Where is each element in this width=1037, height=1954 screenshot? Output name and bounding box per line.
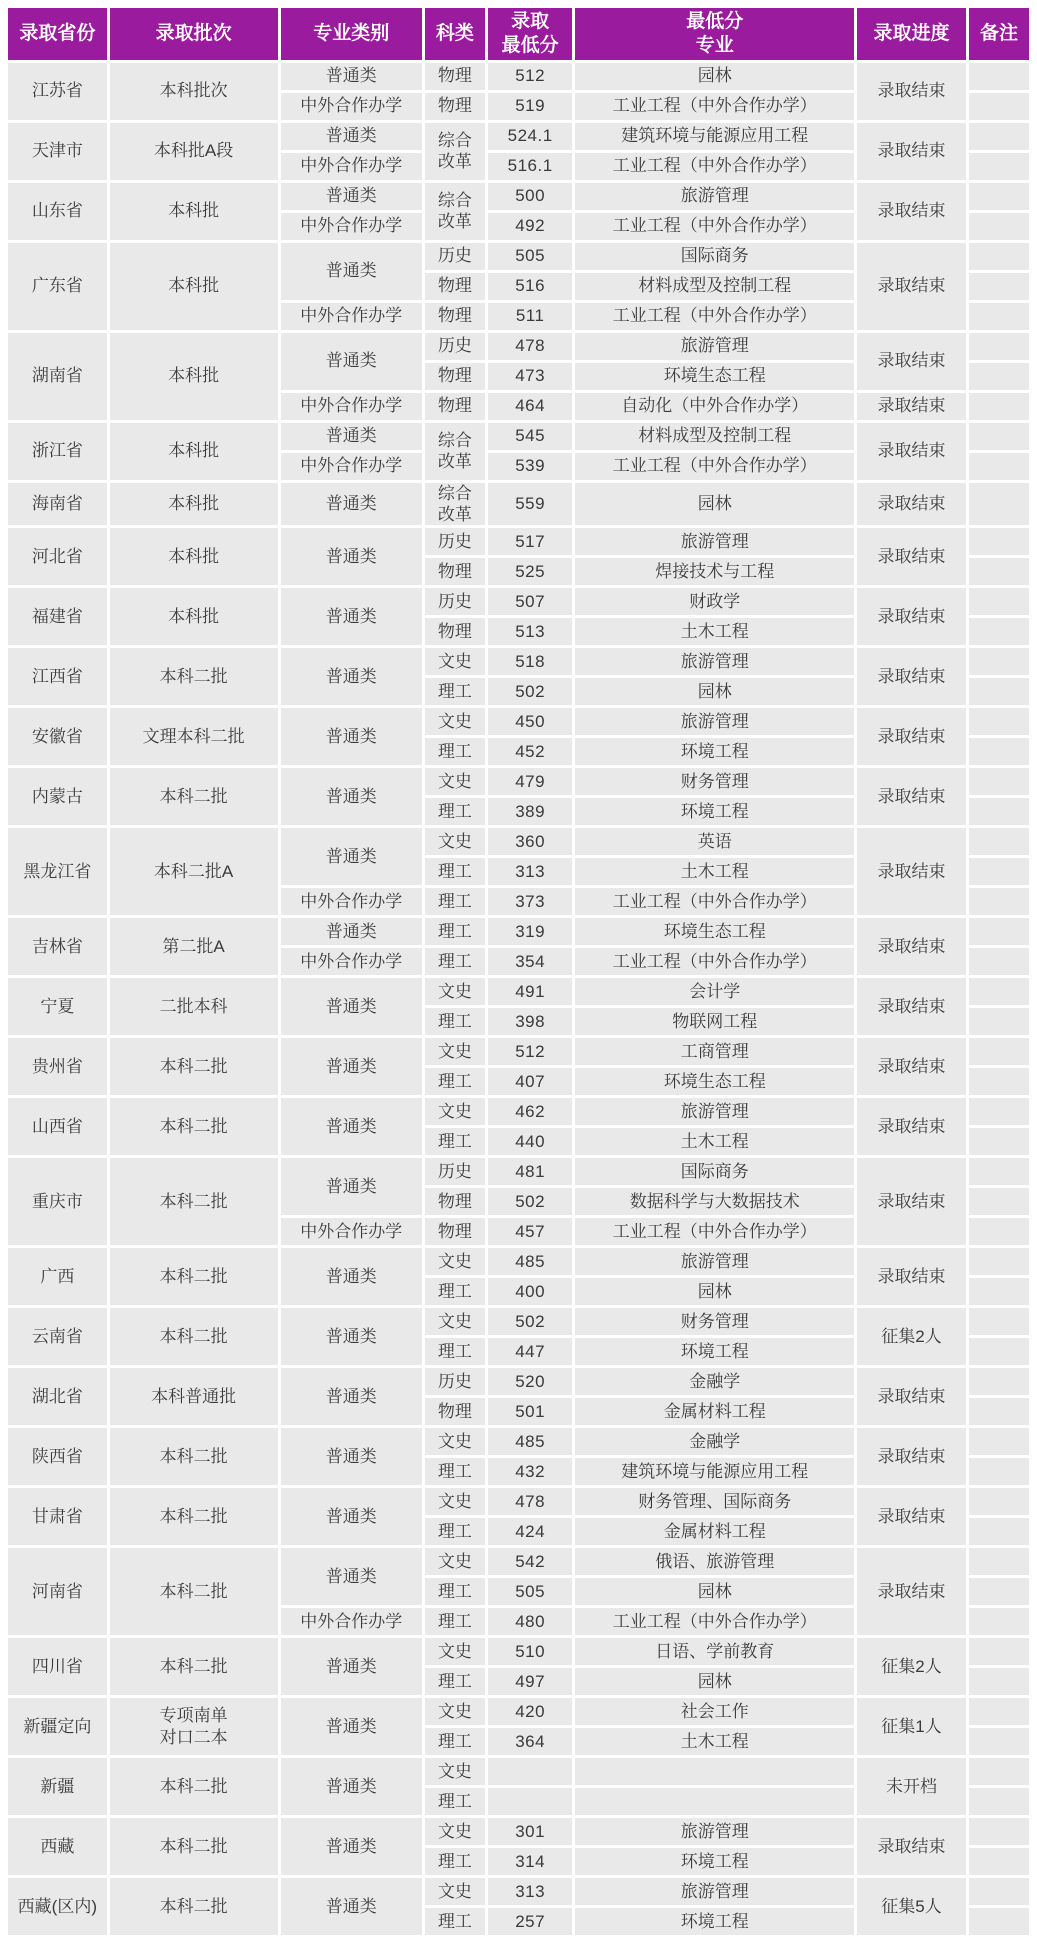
remark-cell (967, 1877, 1030, 1907)
remark-cell (967, 1247, 1030, 1277)
table-row: 西藏(区内)本科二批普通类文史313旅游管理征集5人 (7, 1877, 1031, 1907)
remark-cell (967, 1007, 1030, 1037)
subject-cell: 文史 (423, 1757, 486, 1787)
progress-cell: 录取结束 (856, 647, 968, 707)
score-cell: 364 (486, 1727, 573, 1757)
table-row: 宁夏二批本科普通类文史491会计学录取结束 (7, 977, 1031, 1007)
table-row: 新疆本科二批普通类文史未开档 (7, 1757, 1031, 1787)
remark-cell (967, 361, 1030, 391)
province-cell: 山西省 (7, 1097, 109, 1157)
major-cell: 环境工程 (574, 737, 856, 767)
province-cell: 江西省 (7, 647, 109, 707)
header-min-score: 录取 最低分 (486, 7, 573, 62)
subject-cell: 理工 (423, 947, 486, 977)
header-remark: 备注 (967, 7, 1030, 62)
batch-cell: 第二批A (108, 917, 279, 977)
province-cell: 西藏(区内) (7, 1877, 109, 1937)
header-province: 录取省份 (7, 7, 109, 62)
major-cell: 英语 (574, 827, 856, 857)
province-cell: 安徽省 (7, 707, 109, 767)
score-cell: 481 (486, 1157, 573, 1187)
province-cell: 广东省 (7, 241, 109, 331)
header-category: 专业类别 (279, 7, 423, 62)
subject-cell: 理工 (423, 1847, 486, 1877)
progress-cell: 录取结束 (856, 827, 968, 917)
table-row: 新疆定向专项南单 对口二本普通类文史420社会工作征集1人 (7, 1697, 1031, 1727)
score-cell: 516.1 (486, 151, 573, 181)
batch-cell: 本科二批 (108, 1157, 279, 1247)
batch-cell: 本科二批 (108, 1487, 279, 1547)
major-cell: 工业工程（中外合作办学） (574, 91, 856, 121)
major-cell: 会计学 (574, 977, 856, 1007)
remark-cell (967, 1427, 1030, 1457)
table-row: 河南省本科二批普通类文史542俄语、旅游管理录取结束 (7, 1547, 1031, 1577)
score-cell: 452 (486, 737, 573, 767)
province-cell: 天津市 (7, 121, 109, 181)
province-cell: 陕西省 (7, 1427, 109, 1487)
subject-cell: 历史 (423, 587, 486, 617)
category-cell: 普通类 (279, 767, 423, 827)
score-cell: 505 (486, 1577, 573, 1607)
score-cell: 513 (486, 617, 573, 647)
progress-cell: 录取结束 (856, 1367, 968, 1427)
progress-cell: 录取结束 (856, 1817, 968, 1877)
table-row: 安徽省文理本科二批普通类文史450旅游管理录取结束 (7, 707, 1031, 737)
major-cell: 土木工程 (574, 1727, 856, 1757)
subject-cell: 文史 (423, 1307, 486, 1337)
province-cell: 江苏省 (7, 61, 109, 121)
score-cell: 505 (486, 241, 573, 271)
remark-cell (967, 391, 1030, 421)
major-cell: 数据科学与大数据技术 (574, 1187, 856, 1217)
subject-cell: 理工 (423, 1727, 486, 1757)
province-cell: 四川省 (7, 1637, 109, 1697)
major-cell: 材料成型及控制工程 (574, 271, 856, 301)
remark-cell (967, 1787, 1030, 1817)
batch-cell: 本科批A段 (108, 121, 279, 181)
major-cell: 日语、学前教育 (574, 1637, 856, 1667)
remark-cell (967, 1307, 1030, 1337)
subject-cell: 物理 (423, 391, 486, 421)
subject-cell: 文史 (423, 1247, 486, 1277)
remark-cell (967, 617, 1030, 647)
score-cell: 389 (486, 797, 573, 827)
province-cell: 福建省 (7, 587, 109, 647)
subject-cell: 理工 (423, 737, 486, 767)
batch-cell: 本科批 (108, 181, 279, 241)
batch-cell: 本科二批 (108, 1877, 279, 1937)
major-cell: 材料成型及控制工程 (574, 421, 856, 451)
category-cell: 普通类 (279, 1877, 423, 1937)
score-cell: 511 (486, 301, 573, 331)
remark-cell (967, 707, 1030, 737)
subject-cell: 物理 (423, 61, 486, 91)
progress-cell: 征集2人 (856, 1307, 968, 1367)
major-cell: 工业工程（中外合作办学） (574, 1607, 856, 1637)
province-cell: 湖北省 (7, 1367, 109, 1427)
subject-cell: 物理 (423, 361, 486, 391)
batch-cell: 本科批 (108, 331, 279, 421)
province-cell: 河南省 (7, 1547, 109, 1637)
batch-cell: 本科二批 (108, 647, 279, 707)
remark-cell (967, 211, 1030, 241)
score-cell: 420 (486, 1697, 573, 1727)
major-cell: 旅游管理 (574, 1817, 856, 1847)
subject-cell: 历史 (423, 241, 486, 271)
score-cell: 524.1 (486, 121, 573, 151)
province-cell: 新疆 (7, 1757, 109, 1817)
major-cell: 财务管理、国际商务 (574, 1487, 856, 1517)
progress-cell: 录取结束 (856, 1547, 968, 1637)
category-cell: 普通类 (279, 1817, 423, 1877)
major-cell: 园林 (574, 1667, 856, 1697)
major-cell: 金属材料工程 (574, 1517, 856, 1547)
score-cell: 313 (486, 857, 573, 887)
remark-cell (967, 647, 1030, 677)
batch-cell: 本科批 (108, 587, 279, 647)
score-cell: 440 (486, 1127, 573, 1157)
remark-cell (967, 1517, 1030, 1547)
major-cell: 国际商务 (574, 241, 856, 271)
subject-cell: 历史 (423, 1157, 486, 1187)
table-row: 山东省本科批普通类综合 改革500旅游管理录取结束 (7, 181, 1031, 211)
score-cell: 479 (486, 767, 573, 797)
subject-cell: 物理 (423, 1397, 486, 1427)
category-cell: 中外合作办学 (279, 391, 423, 421)
category-cell: 普通类 (279, 61, 423, 91)
score-cell: 473 (486, 361, 573, 391)
subject-cell: 理工 (423, 1667, 486, 1697)
category-cell: 普通类 (279, 917, 423, 947)
score-cell: 492 (486, 211, 573, 241)
subject-cell: 历史 (423, 331, 486, 361)
province-cell: 河北省 (7, 527, 109, 587)
batch-cell: 本科二批 (108, 1037, 279, 1097)
batch-cell: 本科二批 (108, 767, 279, 827)
category-cell: 中外合作办学 (279, 301, 423, 331)
table-row: 黑龙江省本科二批A普通类文史360英语录取结束 (7, 827, 1031, 857)
major-cell: 环境生态工程 (574, 917, 856, 947)
major-cell: 土木工程 (574, 857, 856, 887)
major-cell: 工业工程（中外合作办学） (574, 211, 856, 241)
table-row: 四川省本科二批普通类文史510日语、学前教育征集2人 (7, 1637, 1031, 1667)
score-cell: 525 (486, 557, 573, 587)
progress-cell: 录取结束 (856, 587, 968, 647)
progress-cell: 录取结束 (856, 1097, 968, 1157)
score-cell: 447 (486, 1337, 573, 1367)
score-cell: 517 (486, 527, 573, 557)
subject-cell: 文史 (423, 1427, 486, 1457)
score-cell: 480 (486, 1607, 573, 1637)
progress-cell: 录取结束 (856, 977, 968, 1037)
header-progress: 录取进度 (856, 7, 968, 62)
category-cell: 中外合作办学 (279, 151, 423, 181)
major-cell: 金属材料工程 (574, 1397, 856, 1427)
table-row: 江西省本科二批普通类文史518旅游管理录取结束 (7, 647, 1031, 677)
category-cell: 普通类 (279, 241, 423, 301)
major-cell: 工业工程（中外合作办学） (574, 887, 856, 917)
major-cell: 园林 (574, 61, 856, 91)
remark-cell (967, 1127, 1030, 1157)
table-row: 河北省本科批普通类历史517旅游管理录取结束 (7, 527, 1031, 557)
category-cell: 普通类 (279, 707, 423, 767)
score-cell: 518 (486, 647, 573, 677)
major-cell: 环境工程 (574, 1907, 856, 1937)
province-cell: 海南省 (7, 481, 109, 527)
score-cell: 301 (486, 1817, 573, 1847)
major-cell: 环境生态工程 (574, 361, 856, 391)
subject-cell: 理工 (423, 1007, 486, 1037)
batch-cell: 本科二批 (108, 1757, 279, 1817)
score-cell: 432 (486, 1457, 573, 1487)
table-row: 浙江省本科批普通类综合 改革545材料成型及控制工程录取结束 (7, 421, 1031, 451)
batch-cell: 本科二批A (108, 827, 279, 917)
remark-cell (967, 1097, 1030, 1127)
table-body: 江苏省本科批次普通类物理512园林录取结束中外合作办学物理519工业工程（中外合… (7, 61, 1031, 1937)
header-batch: 录取批次 (108, 7, 279, 62)
remark-cell (967, 1457, 1030, 1487)
score-cell: 497 (486, 1667, 573, 1697)
remark-cell (967, 1637, 1030, 1667)
major-cell: 园林 (574, 1277, 856, 1307)
remark-cell (967, 151, 1030, 181)
remark-cell (967, 1847, 1030, 1877)
subject-cell: 理工 (423, 797, 486, 827)
subject-cell: 文史 (423, 827, 486, 857)
subject-cell: 综合 改革 (423, 421, 486, 481)
progress-cell: 未开档 (856, 1757, 968, 1817)
progress-cell: 录取结束 (856, 1487, 968, 1547)
score-cell: 512 (486, 61, 573, 91)
table-row: 海南省本科批普通类综合 改革559园林录取结束 (7, 481, 1031, 527)
table-row: 陕西省本科二批普通类文史485金融学录取结束 (7, 1427, 1031, 1457)
major-cell: 旅游管理 (574, 1877, 856, 1907)
score-cell: 507 (486, 587, 573, 617)
remark-cell (967, 271, 1030, 301)
progress-cell: 录取结束 (856, 527, 968, 587)
major-cell: 工商管理 (574, 1037, 856, 1067)
table-row: 湖北省本科普通批普通类历史520金融学录取结束 (7, 1367, 1031, 1397)
major-cell: 俄语、旅游管理 (574, 1547, 856, 1577)
subject-cell: 理工 (423, 1457, 486, 1487)
province-cell: 西藏 (7, 1817, 109, 1877)
batch-cell: 本科二批 (108, 1637, 279, 1697)
batch-cell: 二批本科 (108, 977, 279, 1037)
subject-cell: 文史 (423, 1037, 486, 1067)
remark-cell (967, 1157, 1030, 1187)
progress-cell: 录取结束 (856, 1037, 968, 1097)
major-cell: 财务管理 (574, 1307, 856, 1337)
major-cell: 财政学 (574, 587, 856, 617)
table-row: 广东省本科批普通类历史505国际商务录取结束 (7, 241, 1031, 271)
score-cell: 491 (486, 977, 573, 1007)
remark-cell (967, 121, 1030, 151)
category-cell: 普通类 (279, 1487, 423, 1547)
score-cell: 478 (486, 331, 573, 361)
subject-cell: 理工 (423, 1067, 486, 1097)
category-cell: 普通类 (279, 827, 423, 887)
category-cell: 普通类 (279, 1547, 423, 1607)
score-cell: 545 (486, 421, 573, 451)
province-cell: 吉林省 (7, 917, 109, 977)
progress-cell: 录取结束 (856, 391, 968, 421)
category-cell: 普通类 (279, 121, 423, 151)
subject-cell: 物理 (423, 271, 486, 301)
subject-cell: 文史 (423, 1547, 486, 1577)
table-row: 江苏省本科批次普通类物理512园林录取结束 (7, 61, 1031, 91)
category-cell: 普通类 (279, 977, 423, 1037)
major-cell: 园林 (574, 481, 856, 527)
major-cell: 园林 (574, 1577, 856, 1607)
score-cell: 354 (486, 947, 573, 977)
remark-cell (967, 1907, 1030, 1937)
subject-cell: 文史 (423, 1487, 486, 1517)
subject-cell: 文史 (423, 1817, 486, 1847)
remark-cell (967, 421, 1030, 451)
major-cell: 工业工程（中外合作办学） (574, 1217, 856, 1247)
score-cell: 512 (486, 1037, 573, 1067)
category-cell: 普通类 (279, 1037, 423, 1097)
major-cell: 工业工程（中外合作办学） (574, 151, 856, 181)
batch-cell: 本科二批 (108, 1547, 279, 1637)
major-cell: 旅游管理 (574, 331, 856, 361)
score-cell: 360 (486, 827, 573, 857)
subject-cell: 物理 (423, 617, 486, 647)
subject-cell: 文史 (423, 1637, 486, 1667)
score-cell: 520 (486, 1367, 573, 1397)
table-row: 贵州省本科二批普通类文史512工商管理录取结束 (7, 1037, 1031, 1067)
score-cell: 539 (486, 451, 573, 481)
table-row: 云南省本科二批普通类文史502财务管理征集2人 (7, 1307, 1031, 1337)
remark-cell (967, 947, 1030, 977)
subject-cell: 文史 (423, 1697, 486, 1727)
score-cell: 510 (486, 1637, 573, 1667)
table-row: 福建省本科批普通类历史507财政学录取结束 (7, 587, 1031, 617)
province-cell: 内蒙古 (7, 767, 109, 827)
province-cell: 湖南省 (7, 331, 109, 421)
batch-cell: 专项南单 对口二本 (108, 1697, 279, 1757)
table-row: 天津市本科批A段普通类综合 改革524.1建筑环境与能源应用工程录取结束 (7, 121, 1031, 151)
progress-cell: 录取结束 (856, 241, 968, 331)
category-cell: 普通类 (279, 1697, 423, 1757)
category-cell: 普通类 (279, 481, 423, 527)
subject-cell: 理工 (423, 677, 486, 707)
subject-cell: 综合 改革 (423, 481, 486, 527)
header-min-score-major: 最低分 专业 (574, 7, 856, 62)
category-cell: 普通类 (279, 647, 423, 707)
progress-cell: 录取结束 (856, 707, 968, 767)
category-cell: 普通类 (279, 421, 423, 451)
table-row: 内蒙古本科二批普通类文史479财务管理录取结束 (7, 767, 1031, 797)
remark-cell (967, 1277, 1030, 1307)
category-cell: 普通类 (279, 1247, 423, 1307)
remark-cell (967, 1757, 1030, 1787)
category-cell: 普通类 (279, 1367, 423, 1427)
province-cell: 黑龙江省 (7, 827, 109, 917)
subject-cell: 理工 (423, 1907, 486, 1937)
subject-cell: 文史 (423, 1877, 486, 1907)
subject-cell: 理工 (423, 857, 486, 887)
remark-cell (967, 1187, 1030, 1217)
progress-cell: 录取结束 (856, 481, 968, 527)
batch-cell: 本科普通批 (108, 1367, 279, 1427)
batch-cell: 文理本科二批 (108, 707, 279, 767)
score-cell: 559 (486, 481, 573, 527)
remark-cell (967, 677, 1030, 707)
province-cell: 浙江省 (7, 421, 109, 481)
remark-cell (967, 1577, 1030, 1607)
major-cell: 旅游管理 (574, 647, 856, 677)
batch-cell: 本科二批 (108, 1307, 279, 1367)
major-cell: 财务管理 (574, 767, 856, 797)
category-cell: 普通类 (279, 331, 423, 391)
major-cell: 环境工程 (574, 1847, 856, 1877)
major-cell: 环境工程 (574, 1337, 856, 1367)
province-cell: 云南省 (7, 1307, 109, 1367)
batch-cell: 本科批次 (108, 61, 279, 121)
remark-cell (967, 1817, 1030, 1847)
category-cell: 中外合作办学 (279, 91, 423, 121)
score-cell: 407 (486, 1067, 573, 1097)
remark-cell (967, 331, 1030, 361)
major-cell (574, 1787, 856, 1817)
major-cell: 国际商务 (574, 1157, 856, 1187)
score-cell: 313 (486, 1877, 573, 1907)
subject-cell: 物理 (423, 1187, 486, 1217)
score-cell: 457 (486, 1217, 573, 1247)
remark-cell (967, 451, 1030, 481)
province-cell: 重庆市 (7, 1157, 109, 1247)
category-cell: 普通类 (279, 1097, 423, 1157)
remark-cell (967, 181, 1030, 211)
major-cell: 旅游管理 (574, 527, 856, 557)
province-cell: 甘肃省 (7, 1487, 109, 1547)
subject-cell: 综合 改革 (423, 121, 486, 181)
remark-cell (967, 1487, 1030, 1517)
category-cell: 中外合作办学 (279, 211, 423, 241)
progress-cell: 征集5人 (856, 1877, 968, 1937)
remark-cell (967, 857, 1030, 887)
remark-cell (967, 917, 1030, 947)
subject-cell: 文史 (423, 977, 486, 1007)
remark-cell (967, 481, 1030, 527)
score-cell: 502 (486, 1187, 573, 1217)
subject-cell: 综合 改革 (423, 181, 486, 241)
score-cell: 319 (486, 917, 573, 947)
province-cell: 新疆定向 (7, 1697, 109, 1757)
remark-cell (967, 1067, 1030, 1097)
batch-cell: 本科批 (108, 421, 279, 481)
subject-cell: 文史 (423, 707, 486, 737)
subject-cell: 文史 (423, 767, 486, 797)
subject-cell: 文史 (423, 647, 486, 677)
score-cell: 400 (486, 1277, 573, 1307)
score-cell: 462 (486, 1097, 573, 1127)
remark-cell (967, 557, 1030, 587)
subject-cell: 理工 (423, 1517, 486, 1547)
subject-cell: 物理 (423, 557, 486, 587)
progress-cell: 录取结束 (856, 1427, 968, 1487)
major-cell: 旅游管理 (574, 181, 856, 211)
major-cell (574, 1757, 856, 1787)
score-cell: 373 (486, 887, 573, 917)
score-cell: 398 (486, 1007, 573, 1037)
subject-cell: 理工 (423, 1277, 486, 1307)
score-cell: 257 (486, 1907, 573, 1937)
score-cell: 501 (486, 1397, 573, 1427)
remark-cell (967, 737, 1030, 767)
progress-cell: 征集2人 (856, 1637, 968, 1697)
